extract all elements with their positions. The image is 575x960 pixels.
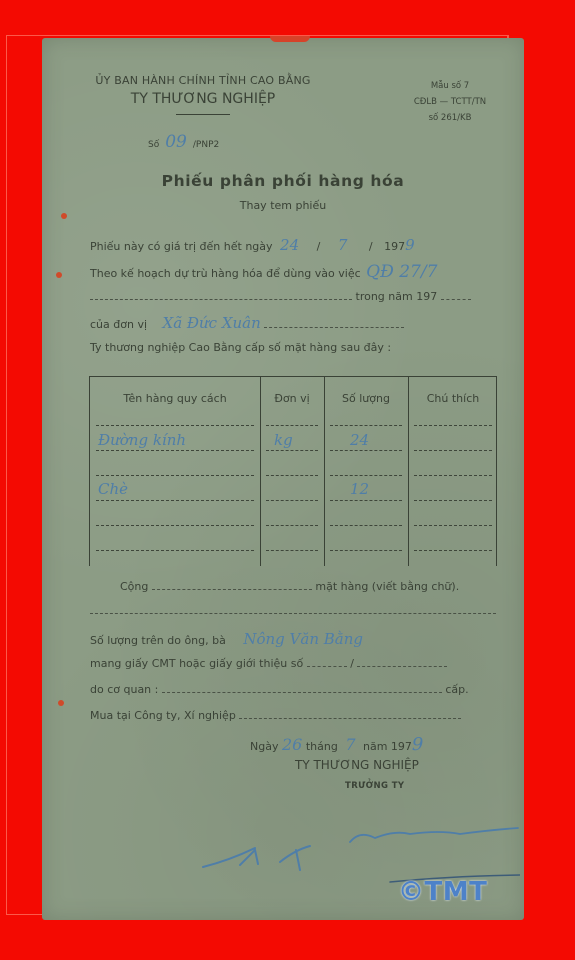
year-line-label: trong năm 197 bbox=[356, 290, 438, 303]
signed-month: 7 bbox=[345, 735, 355, 754]
row-1-item: Đường kính bbox=[98, 431, 186, 449]
date-separator: / bbox=[317, 240, 321, 253]
staple-hole bbox=[61, 213, 67, 219]
header-quantity: Số lượng bbox=[324, 392, 408, 405]
signing-date: Ngày 26 tháng 7 năm 1979 bbox=[250, 734, 423, 755]
unit-line: của đơn vị Xã Đức Xuân bbox=[90, 314, 404, 332]
serial-number: Số09/PNP2 bbox=[148, 132, 219, 152]
issuer-suffix: cấp. bbox=[445, 683, 468, 696]
recipient-name: Nông Văn Bằng bbox=[243, 630, 363, 648]
valid-until-line: Phiếu này có giá trị đến hết ngày 24 / 7… bbox=[90, 236, 415, 254]
row-line bbox=[96, 550, 254, 551]
purpose-line: Theo kế hoạch dự trù hàng hóa để dùng và… bbox=[90, 262, 437, 282]
year-label: năm 197 bbox=[363, 740, 412, 753]
row-line bbox=[330, 475, 402, 476]
date-separator: / bbox=[369, 240, 373, 253]
blank-line bbox=[264, 327, 404, 328]
row-line bbox=[266, 525, 318, 526]
department-name: TY THƯƠNG NGHIỆP bbox=[78, 91, 328, 107]
staple-hole bbox=[56, 272, 62, 278]
header-note: Chú thích bbox=[408, 392, 498, 405]
form-code: CĐLB — TCTT/TN bbox=[390, 94, 510, 110]
header-item-name: Tên hàng quy cách bbox=[90, 392, 260, 405]
serial-label: Số bbox=[148, 140, 159, 150]
row-line bbox=[96, 525, 254, 526]
recipient-line: Số lượng trên do ông, bà Nông Văn Bằng bbox=[90, 630, 363, 648]
valid-month: 7 bbox=[338, 236, 348, 254]
row-line bbox=[414, 450, 492, 451]
row-line bbox=[414, 500, 492, 501]
blank-line bbox=[162, 692, 442, 693]
year-line: trong năm 197 bbox=[90, 290, 471, 303]
id-line: mang giấy CMT hoặc giấy giới thiệu số / bbox=[90, 657, 447, 670]
row-line bbox=[330, 550, 402, 551]
row-1-qty: 24 bbox=[350, 431, 369, 449]
staple-hole bbox=[58, 700, 64, 706]
row-line bbox=[330, 425, 402, 426]
row-line bbox=[96, 450, 254, 451]
valid-year-prefix: 197 bbox=[384, 240, 405, 253]
valid-day: 24 bbox=[280, 236, 299, 254]
form-code-block: Mẫu số 7 CĐLB — TCTT/TN số 261/KB bbox=[390, 78, 510, 126]
supply-statement: Ty thương nghiệp Cao Bằng cấp số mặt hàn… bbox=[90, 341, 391, 354]
row-line bbox=[330, 525, 402, 526]
day-label: Ngày bbox=[250, 740, 278, 753]
authority-name: ỦY BAN HÀNH CHÍNH TỈNH CAO BẰNG bbox=[78, 74, 328, 87]
total-words-line bbox=[90, 604, 496, 617]
serial-suffix: /PNP2 bbox=[193, 140, 219, 150]
row-line bbox=[266, 550, 318, 551]
row-line bbox=[266, 500, 318, 501]
blank-line bbox=[441, 299, 471, 300]
paper-tear bbox=[270, 36, 310, 42]
purchase-place-line: Mua tại Công ty, Xí nghiệp bbox=[90, 709, 461, 722]
blank-line bbox=[90, 613, 496, 614]
purchase-place-label: Mua tại Công ty, Xí nghiệp bbox=[90, 709, 236, 722]
form-ref: số 261/KB bbox=[390, 110, 510, 126]
signing-organization: TY THƯƠNG NGHIỆP bbox=[295, 758, 419, 772]
row-line bbox=[96, 500, 254, 501]
recipient-label: Số lượng trên do ông, bà bbox=[90, 634, 226, 647]
blank-line bbox=[307, 666, 347, 667]
copyright-watermark: ©TMT bbox=[398, 877, 487, 907]
total-suffix: mặt hàng (viết bằng chữ). bbox=[315, 580, 459, 593]
id-separator: / bbox=[350, 657, 354, 670]
unit-value: Xã Đức Xuân bbox=[163, 314, 261, 332]
row-line bbox=[414, 550, 492, 551]
row-line bbox=[266, 425, 318, 426]
row-line bbox=[96, 425, 254, 426]
document-title: Phiếu phân phối hàng hóa bbox=[42, 172, 524, 190]
issuer-header: ỦY BAN HÀNH CHÍNH TỈNH CAO BẰNG TY THƯƠN… bbox=[78, 74, 328, 115]
row-line bbox=[266, 450, 318, 451]
total-line: Cộng mặt hàng (viết bằng chữ). bbox=[120, 580, 459, 593]
column-divider bbox=[260, 377, 261, 566]
row-2-item: Chè bbox=[98, 480, 128, 498]
signed-year-digit: 9 bbox=[412, 734, 423, 755]
row-line bbox=[266, 475, 318, 476]
row-line bbox=[414, 475, 492, 476]
unit-label: của đơn vị bbox=[90, 318, 147, 331]
row-line bbox=[96, 475, 254, 476]
total-label: Cộng bbox=[120, 580, 148, 593]
issuer-line: do cơ quan : cấp. bbox=[90, 683, 469, 696]
purpose-label: Theo kế hoạch dự trù hàng hóa để dùng và… bbox=[90, 267, 361, 280]
blank-line bbox=[90, 299, 352, 300]
blank-line bbox=[357, 666, 447, 667]
row-2-qty: 12 bbox=[350, 480, 369, 498]
row-line bbox=[330, 450, 402, 451]
row-1-unit: kg bbox=[274, 431, 293, 449]
column-divider bbox=[408, 377, 409, 566]
form-number: Mẫu số 7 bbox=[390, 78, 510, 94]
blank-line bbox=[239, 718, 461, 719]
valid-year-digit: 9 bbox=[405, 236, 415, 254]
month-label: tháng bbox=[306, 740, 338, 753]
header-rule bbox=[176, 114, 230, 115]
issuer-label: do cơ quan : bbox=[90, 683, 158, 696]
id-label: mang giấy CMT hoặc giấy giới thiệu số bbox=[90, 657, 303, 670]
column-divider bbox=[324, 377, 325, 566]
purpose-value: QĐ 27/7 bbox=[366, 262, 437, 282]
blank-line bbox=[152, 589, 312, 590]
row-line bbox=[330, 500, 402, 501]
row-line bbox=[414, 525, 492, 526]
valid-until-label: Phiếu này có giá trị đến hết ngày bbox=[90, 240, 273, 253]
signing-title: TRƯỞNG TY bbox=[345, 781, 404, 791]
document-subtitle: Thay tem phiếu bbox=[42, 199, 524, 212]
serial-value: 09 bbox=[165, 132, 187, 152]
row-line bbox=[414, 425, 492, 426]
signed-day: 26 bbox=[282, 735, 302, 754]
goods-table: Tên hàng quy cách Đơn vị Số lượng Chú th… bbox=[89, 376, 497, 566]
header-unit: Đơn vị bbox=[260, 392, 324, 405]
